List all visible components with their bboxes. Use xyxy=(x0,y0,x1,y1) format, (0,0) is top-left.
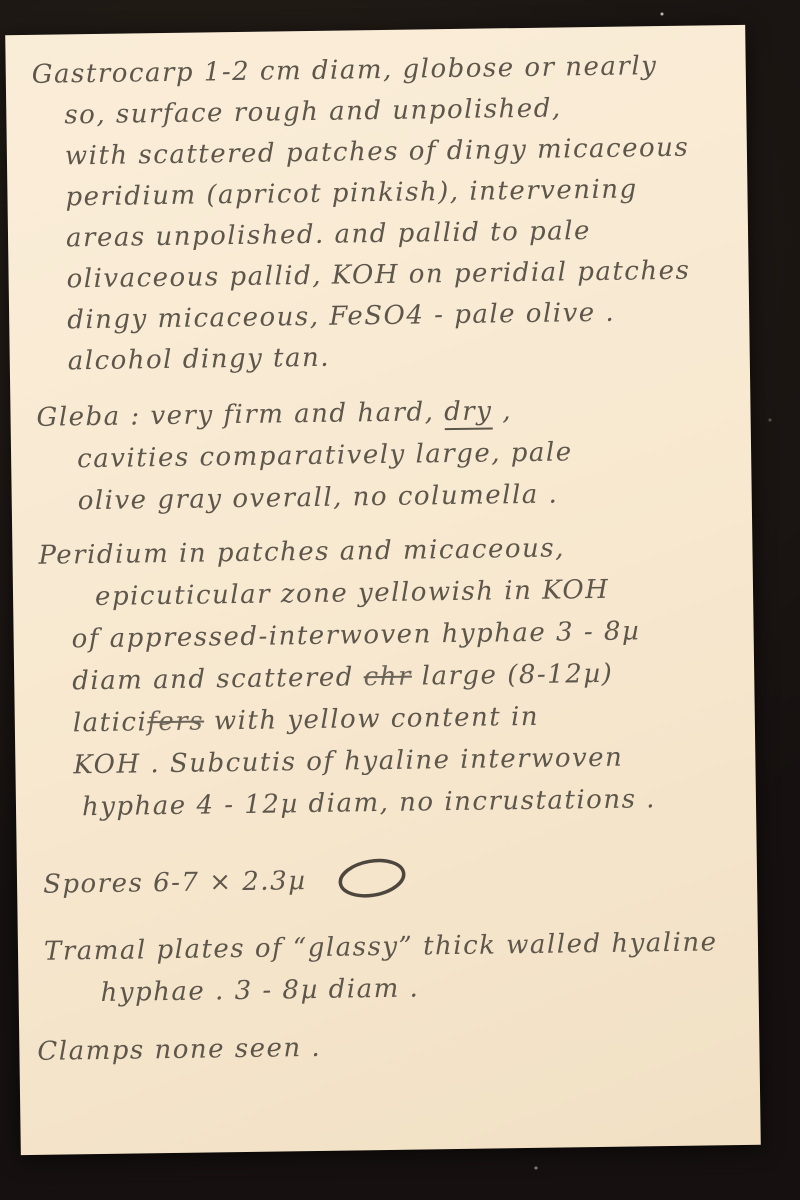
paragraph-spores: Spores 6-7 × 2.3µ xyxy=(17,849,758,907)
paragraph-gastrocarp: Gastrocarp 1-2 cm diam, globose or nearl… xyxy=(5,45,750,383)
paragraph-gleba: Gleba : very firm and hard, dry , caviti… xyxy=(10,387,752,523)
note-card: Gastrocarp 1-2 cm diam, globose or nearl… xyxy=(5,25,761,1155)
handwritten-line: olive gray overall, no columella . xyxy=(11,471,752,523)
paragraph-peridium: Peridium in patches and micaceous, epicu… xyxy=(12,525,756,829)
underlined-word-dry: dry xyxy=(444,396,493,430)
line-text-pre: latici xyxy=(73,707,148,738)
spore-sketch-ellipse-icon xyxy=(334,854,411,903)
crossed-out-word: chr xyxy=(363,662,412,693)
handwritten-line: Spores 6-7 × 2.3µ xyxy=(17,849,758,907)
handwritten-line: Clamps none seen . xyxy=(19,1021,760,1073)
photo-background: Gastrocarp 1-2 cm diam, globose or nearl… xyxy=(0,0,800,1200)
gleba-text-post: , xyxy=(492,396,512,426)
paragraph-clamps: Clamps none seen . xyxy=(19,1021,760,1073)
handwritten-line: hyphae 4 - 12µ diam, no incrustations . xyxy=(16,777,757,829)
spores-measurement-text: Spores 6-7 × 2.3µ xyxy=(43,866,307,900)
paragraph-tramal-plates: Tramal plates of “glassy” thick walled h… xyxy=(18,921,759,1015)
line-text-post: large (8-12µ) xyxy=(412,659,614,692)
gleba-text-pre: Gleba : very firm and hard, xyxy=(36,397,444,433)
line-text-pre: diam and scattered xyxy=(72,662,364,696)
line-text-post: with yellow content in xyxy=(204,702,539,737)
handwritten-line: hyphae . 3 - 8µ diam . xyxy=(18,963,759,1015)
crossed-out-word: fers xyxy=(147,707,204,738)
